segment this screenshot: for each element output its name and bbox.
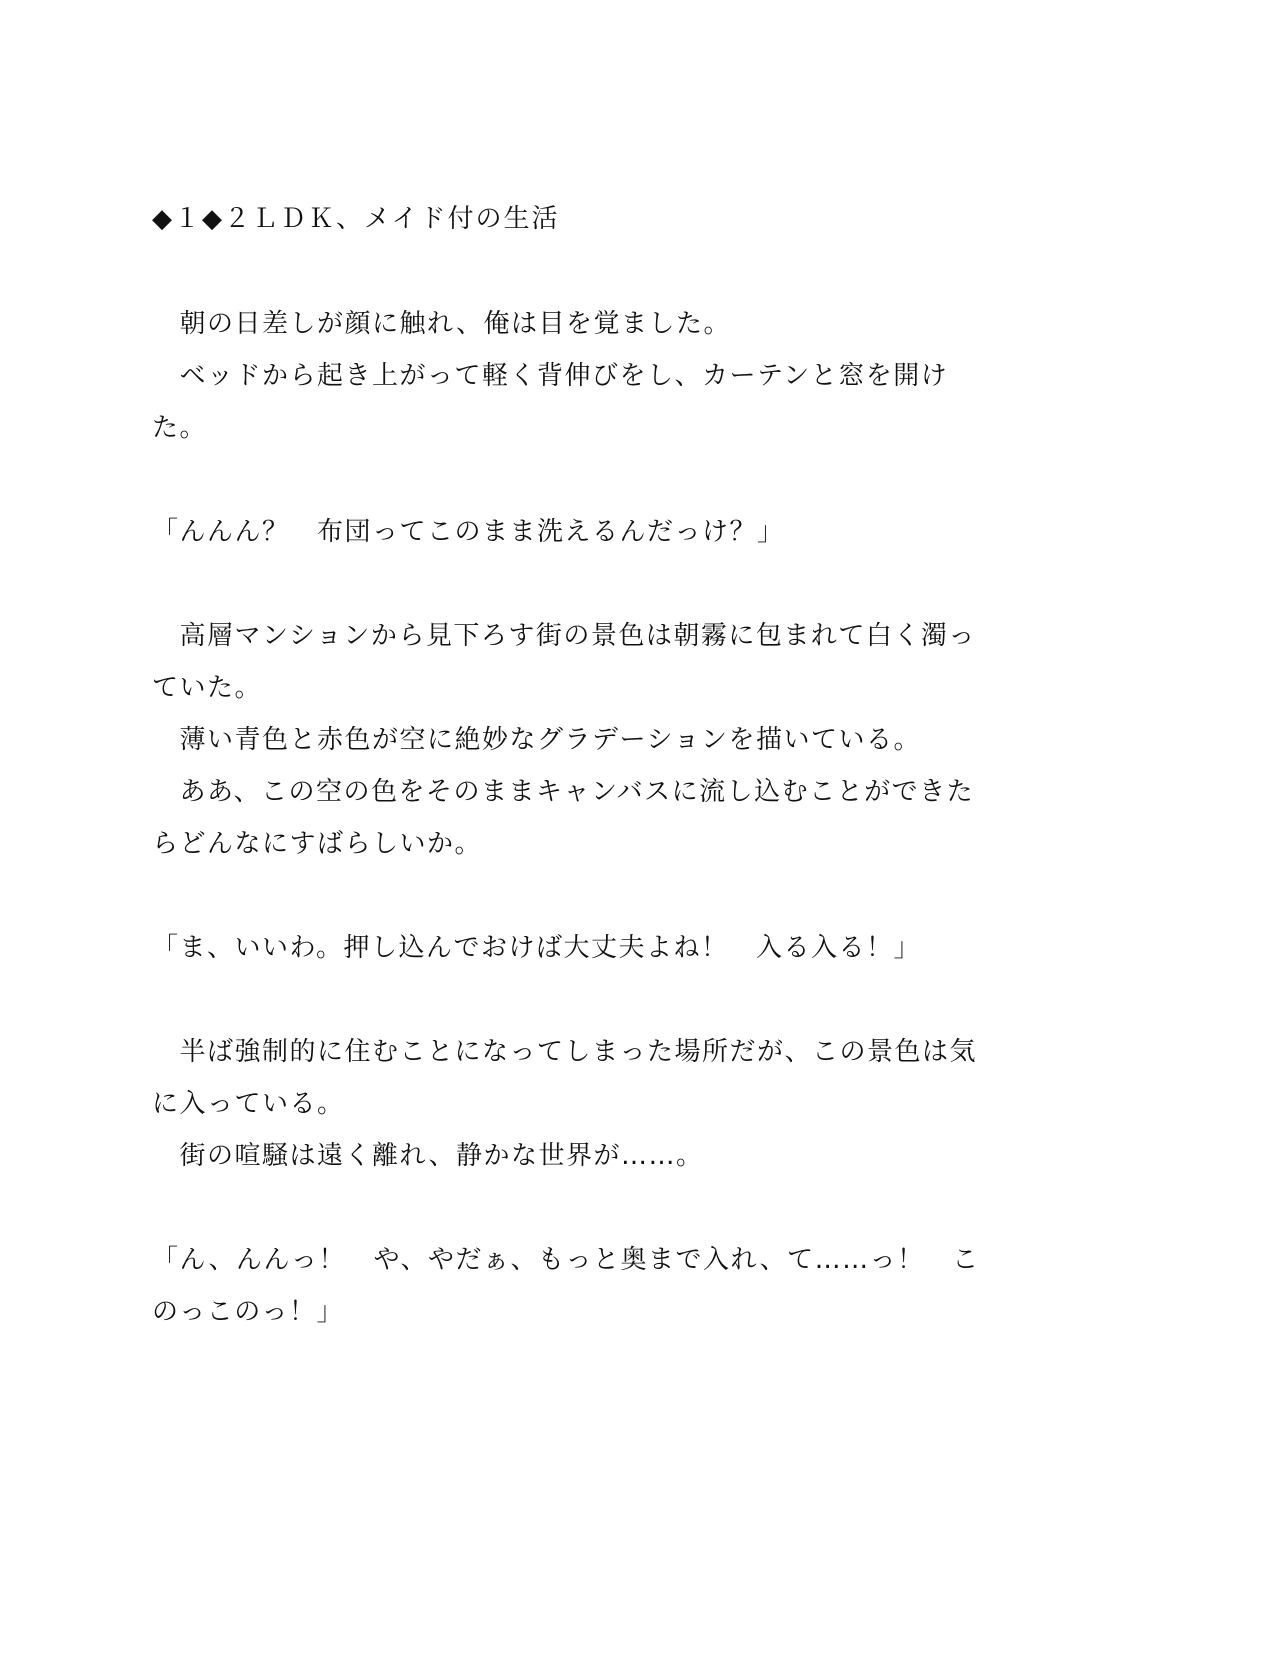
dialogue-line-2: 「ま、いいわ。押し込んでおけば大丈夫よね！ 入る入る！」	[152, 932, 921, 964]
body-line-10: に入っている。	[152, 1088, 345, 1120]
dialogue-line-3: 「ん、んんっ！ や、やだぁ、もっと奥まで入れ、て……っ！ こ	[152, 1244, 980, 1276]
dialogue-line-4: のっこのっ！」	[152, 1296, 344, 1328]
body-line-8: らどんなにすばらしいか。	[152, 828, 482, 860]
body-line-4: 高層マンションから見下ろす街の景色は朝霧に包まれて白く濁っ	[152, 620, 976, 652]
body-line-5: ていた。	[152, 672, 262, 704]
body-line-6: 薄い青色と赤色が空に絶妙なグラデーションを描いている。	[152, 724, 921, 756]
body-line-2: ベッドから起き上がって軽く背伸びをし、カーテンと窓を開け	[152, 360, 948, 392]
chapter-heading: ◆１◆２ＬＤＫ、メイド付の生活	[152, 203, 559, 235]
body-line-9: 半ば強制的に住むことになってしまった場所だが、この景色は気	[152, 1036, 977, 1068]
dialogue-line-1: 「んんん？ 布団ってこのまま洗えるんだっけ？」	[152, 516, 785, 548]
body-line-11: 街の喧騒は遠く離れ、静かな世界が……。	[152, 1140, 704, 1172]
body-line-7: ああ、この空の色をそのままキャンバスに流し込むことができた	[152, 776, 974, 808]
body-line-3: た。	[152, 412, 207, 444]
body-line-1: 朝の日差しが顔に触れ、俺は目を覚ました。	[152, 308, 731, 340]
